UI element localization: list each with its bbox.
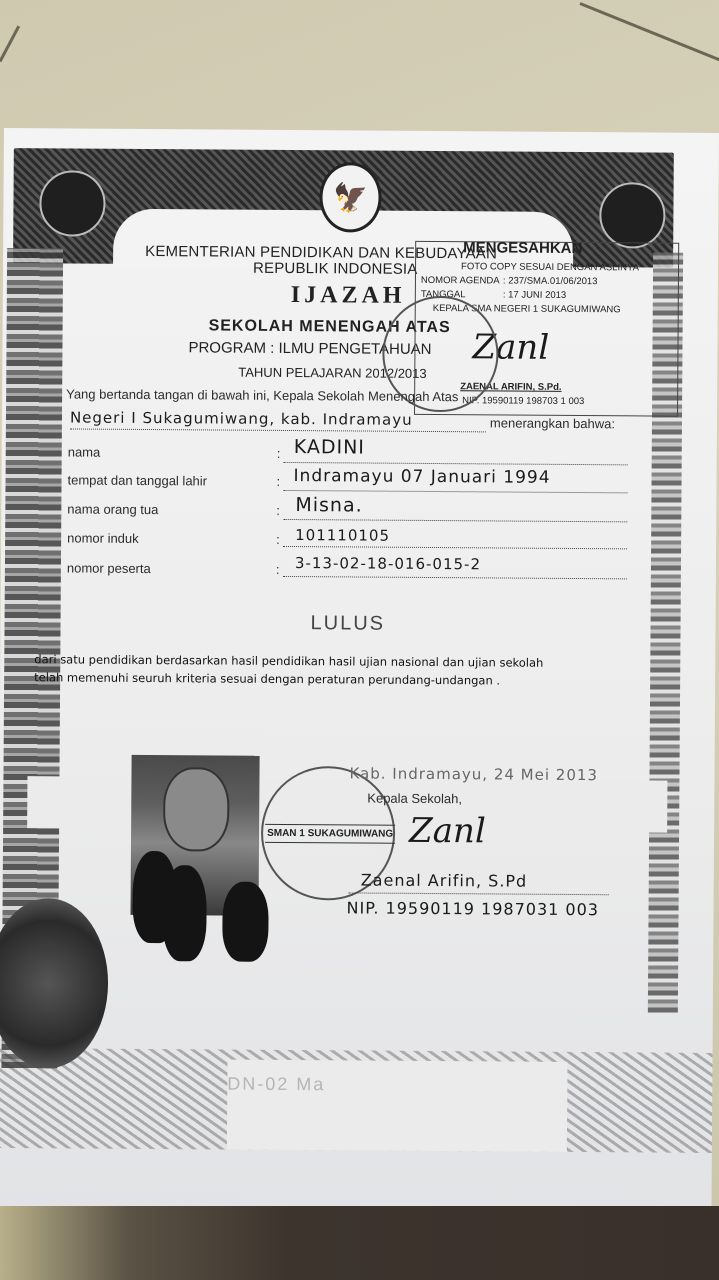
field-label-participant-number: nomor peserta xyxy=(67,560,151,576)
intro-text: Yang bertanda tangan di bawah ini, Kepal… xyxy=(66,386,458,404)
validation-nip: NIP. 19590119 198703 1 003 xyxy=(462,395,584,407)
result-status: LULUS xyxy=(310,612,385,636)
field-value-parent: Misna. xyxy=(295,494,362,516)
signature-place-date: Kab. Indramayu, 24 Mei 2013 xyxy=(349,764,598,784)
country-heading: REPUBLIK INDONESIA xyxy=(253,260,418,278)
floor-tile-seam xyxy=(579,2,719,72)
field-label-parent: nama orang tua xyxy=(67,501,158,517)
serial-number-faded: DN-02 Ma xyxy=(227,1074,325,1096)
garuda-emblem-icon: 🦅 xyxy=(319,162,381,232)
field-label-birth: tempat dan tanggal lahir xyxy=(67,472,207,488)
signature-name: Zaenal Arifin, S.Pd xyxy=(361,871,528,891)
corner-ornament-right xyxy=(599,182,665,248)
signature-nip: NIP. 19590119 1987031 003 xyxy=(346,898,599,919)
diploma-paper: 🦅 KEMENTERIAN PENDIDIKAN DAN KEBUDAYAAN … xyxy=(0,128,719,1215)
principal-signature: Zanl xyxy=(409,811,486,852)
overlay-text-line-1: dari satu pendidikan berdasarkan hasil p… xyxy=(34,652,543,670)
field-value-student-number: 101110105 xyxy=(295,526,390,545)
field-label-nama: nama xyxy=(68,444,101,459)
school-name-handwritten: Negeri I Sukagumiwang, kab. Indramayu xyxy=(70,408,413,428)
intro-suffix: menerangkan bahwa: xyxy=(490,415,615,431)
fingerprint-center xyxy=(162,865,207,961)
validation-agenda-value: : 237/SMA.01/06/2013 xyxy=(503,275,598,287)
floor-tile-seam xyxy=(0,25,20,62)
school-stamp-center: SMAN 1 SUKAGUMIWANG xyxy=(265,824,395,844)
overlay-text-line-2: telah memenuhi seuruh kriteria sesuai de… xyxy=(34,670,500,687)
validation-agenda-label: NOMOR AGENDA xyxy=(421,275,500,287)
validation-title: MENGESAHKAN xyxy=(463,239,582,257)
signature-role: Kepala Sekolah, xyxy=(367,791,462,807)
field-value-participant-number: 3-13-02-18-016-015-2 xyxy=(295,554,481,573)
validation-date-value: : 17 JUNI 2013 xyxy=(503,289,566,300)
field-value-nama: KADINI xyxy=(294,436,365,458)
corner-ornament-left xyxy=(39,170,105,236)
validation-copy-statement: FOTO COPY SESUAI DENGAN ASLINYA xyxy=(461,261,639,273)
fingerprint-right xyxy=(222,882,269,962)
field-label-student-number: nomor induk xyxy=(67,530,139,545)
floor-shadow xyxy=(0,1206,719,1280)
document-title: IJAZAH xyxy=(291,282,406,310)
embossed-seal xyxy=(0,898,109,1069)
field-value-birth: Indramayu 07 Januari 1994 xyxy=(294,466,551,488)
